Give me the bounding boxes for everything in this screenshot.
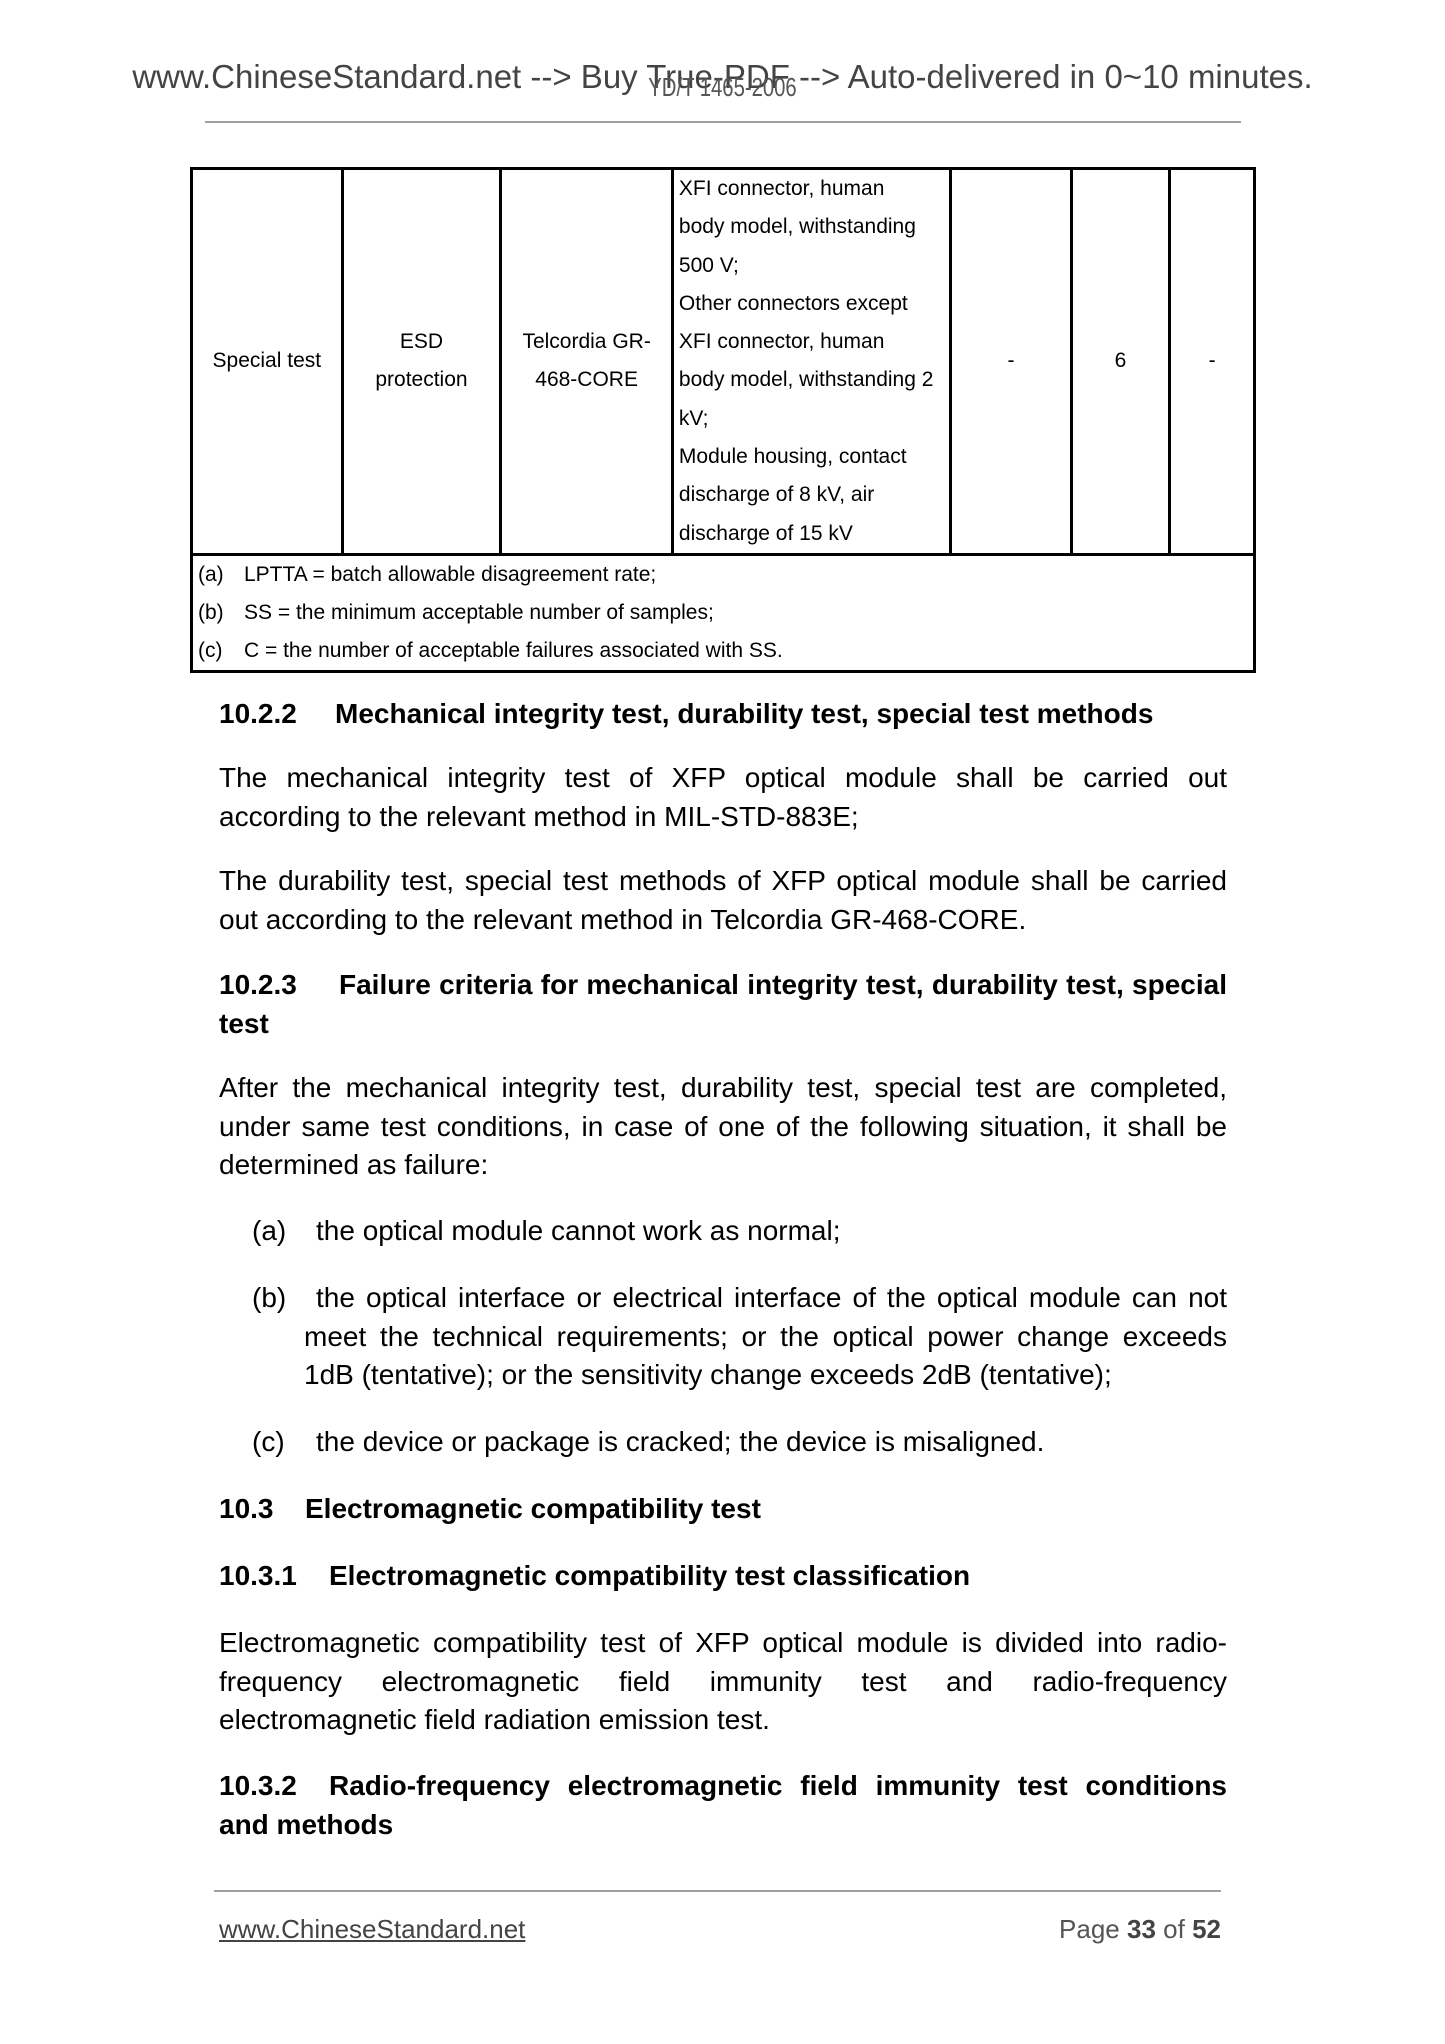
requirement-line: kV; <box>679 400 949 438</box>
total-pages: 52 <box>1192 1914 1221 1944</box>
section-number: 10.3.2 <box>219 1767 329 1806</box>
section-title: Failure criteria for mechanical integrit… <box>219 969 1227 1039</box>
page-indicator: Page 33 of 52 <box>1059 1913 1221 1945</box>
reference-standard-cell: Telcordia GR- 468-CORE <box>501 169 673 555</box>
note-label: (b) <box>198 594 244 632</box>
standard-line: 468-CORE <box>502 361 671 399</box>
table-notes-cell: (a) LPTTA = batch allowable disagreement… <box>192 554 1255 671</box>
paragraph: The durability test, special test method… <box>219 862 1227 939</box>
list-item-text: the optical module cannot work as normal… <box>252 1212 1227 1251</box>
table-note: (c) C = the number of acceptable failure… <box>198 632 1253 670</box>
requirement-line: body model, withstanding <box>679 208 949 246</box>
test-item-line: protection <box>344 361 500 399</box>
paragraph: Electromagnetic compatibility test of XF… <box>219 1624 1227 1740</box>
table-note: (a) LPTTA = batch allowable disagreement… <box>198 556 1253 594</box>
table-notes-row: (a) LPTTA = batch allowable disagreement… <box>192 554 1255 671</box>
section-title: Electromagnetic compatibility test class… <box>329 1560 970 1591</box>
requirement-cell: XFI connector, human body model, withsta… <box>672 169 950 555</box>
test-specification-table: Special test ESD protection Telcordia GR… <box>190 167 1256 673</box>
section-heading-10-3-2: 10.3.2Radio-frequency electromagnetic fi… <box>219 1767 1227 1844</box>
requirement-line: XFI connector, human <box>679 170 949 208</box>
section-number: 10.2.2 <box>219 695 335 734</box>
footer-divider <box>214 1890 1221 1892</box>
note-text: LPTTA = batch allowable disagreement rat… <box>244 556 656 594</box>
requirement-line: Module housing, contact <box>679 438 949 476</box>
section-heading-10-2-2: 10.2.2Mechanical integrity test, durabil… <box>219 695 1227 734</box>
requirement-line: discharge of 8 kV, air <box>679 476 949 514</box>
list-item-text: the optical interface or electrical inte… <box>252 1279 1227 1395</box>
list-item-text: the device or package is cracked; the de… <box>252 1423 1227 1462</box>
document-code: YD/T 1465-2006 <box>159 72 1286 102</box>
standard-line: Telcordia GR- <box>502 323 671 361</box>
requirement-line: discharge of 15 kV <box>679 515 949 553</box>
section-title: Mechanical integrity test, durability te… <box>335 698 1153 729</box>
requirement-line: 500 V; <box>679 247 949 285</box>
section-heading-10-3-1: 10.3.1Electromagnetic compatibility test… <box>219 1557 1227 1596</box>
test-item-cell: ESD protection <box>342 169 501 555</box>
current-page-number: 33 <box>1127 1914 1156 1944</box>
footer-website-link[interactable]: www.ChineseStandard.net <box>219 1913 525 1945</box>
note-label: (a) <box>198 556 244 594</box>
list-item-label: (b) <box>252 1279 286 1318</box>
list-item-label: (c) <box>252 1423 285 1462</box>
section-title: Radio-frequency electromagnetic field im… <box>219 1770 1227 1840</box>
list-item: (c) the device or package is cracked; th… <box>252 1423 1227 1462</box>
list-item-label: (a) <box>252 1212 286 1251</box>
section-title: Electromagnetic compatibility test <box>305 1493 761 1524</box>
section-number: 10.3 <box>219 1490 305 1529</box>
c-cell: - <box>1170 169 1255 555</box>
lptta-cell: - <box>951 169 1071 555</box>
list-item: (b) the optical interface or electrical … <box>252 1279 1227 1395</box>
table-row: Special test ESD protection Telcordia GR… <box>192 169 1255 555</box>
section-number: 10.2.3 <box>219 966 339 1005</box>
page-prefix: Page <box>1059 1914 1120 1944</box>
ss-cell: 6 <box>1071 169 1170 555</box>
section-number: 10.3.1 <box>219 1557 329 1596</box>
paragraph: The mechanical integrity test of XFP opt… <box>219 759 1227 836</box>
note-label: (c) <box>198 632 244 670</box>
section-heading-10-3: 10.3Electromagnetic compatibility test <box>219 1490 1227 1529</box>
requirement-line: body model, withstanding 2 <box>679 361 949 399</box>
paragraph: After the mechanical integrity test, dur… <box>219 1069 1227 1185</box>
header-divider <box>205 121 1241 123</box>
requirement-line: Other connectors except <box>679 285 949 323</box>
note-text: SS = the minimum acceptable number of sa… <box>244 594 714 632</box>
requirement-line: XFI connector, human <box>679 323 949 361</box>
page-of: of <box>1163 1914 1185 1944</box>
section-heading-10-2-3: 10.2.3Failure criteria for mechanical in… <box>219 966 1227 1043</box>
test-item-line: ESD <box>344 323 500 361</box>
table-note: (b) SS = the minimum acceptable number o… <box>198 594 1253 632</box>
note-text: C = the number of acceptable failures as… <box>244 632 783 670</box>
list-item: (a) the optical module cannot work as no… <box>252 1212 1227 1251</box>
test-category-cell: Special test <box>192 169 343 555</box>
